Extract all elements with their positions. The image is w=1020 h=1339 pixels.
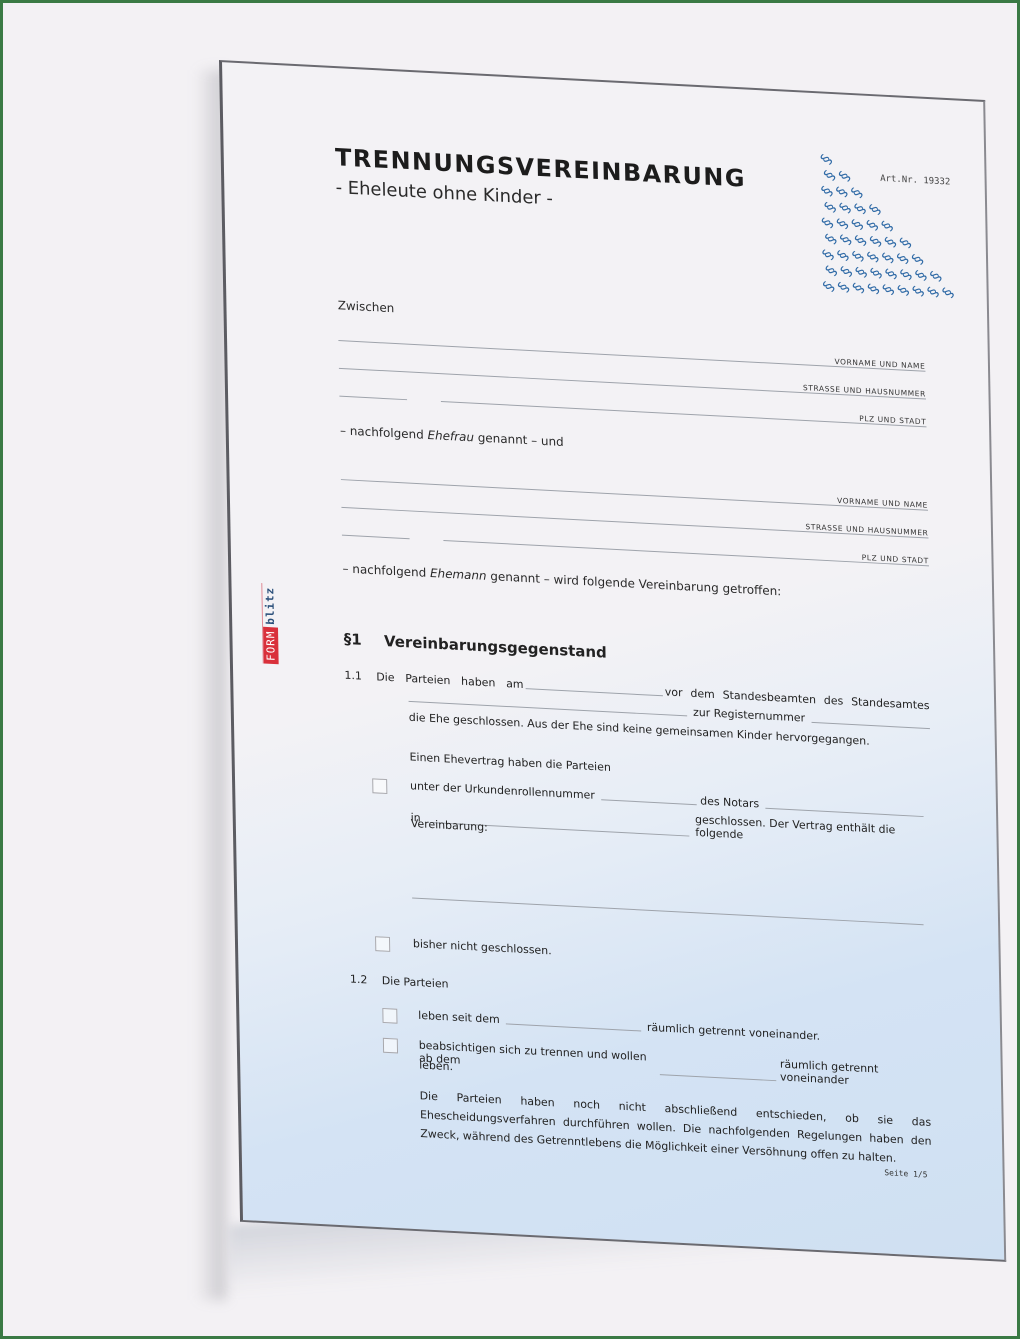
clause-1-1-number: 1.1	[344, 669, 362, 683]
brand-blitz: blitz	[262, 583, 278, 628]
intend-separation-checkbox[interactable]	[383, 1038, 398, 1054]
ehevertrag-none-checkbox[interactable]	[375, 936, 390, 952]
svg-text:§: §	[865, 201, 884, 218]
agreement-label: Vereinbarung:	[411, 817, 488, 834]
clause-word: Parteien	[405, 672, 450, 687]
clause-1-2-intro: Die Parteien	[382, 974, 449, 990]
clause-word: haben	[461, 675, 495, 690]
intend-separation-label: beabsichtigen sich zu trennen und wollen…	[419, 1039, 657, 1077]
section-title: Vereinbarungsgegenstand	[384, 632, 607, 662]
reconciliation-paragraph: Die Parteien haben noch nicht abschließe…	[420, 1086, 932, 1169]
clause-word: am	[506, 677, 524, 691]
intend-separation-suffix: räumlich getrennt voneinander	[780, 1058, 929, 1092]
clause-word: Die	[376, 670, 394, 684]
ehevertrag-none-label: bisher nicht geschlossen.	[413, 937, 552, 957]
intend-separation-line: beabsichtigen sich zu trennen und wollen…	[419, 1039, 929, 1091]
svg-text:§: §	[820, 151, 836, 168]
document-page: TRENNUNGSVEREINBARUNG - Eheleute ohne Ki…	[219, 60, 1006, 1262]
brand-form: FORM	[263, 627, 279, 664]
registry-number-label: zur Registernummer	[693, 706, 805, 725]
closing-prefix: – nachfolgend	[340, 423, 428, 441]
clause-word: Standesamtes	[851, 695, 930, 712]
formblitz-logo: FORM blitz	[261, 583, 278, 664]
contract-content-label: geschlossen. Der Vertrag enthält die fol…	[695, 813, 924, 851]
agreement-content-line[interactable]	[412, 897, 923, 925]
page-number: Seite 1/5	[884, 1168, 927, 1179]
ehevertrag-intro: Einen Ehevertrag haben die Parteien	[409, 751, 611, 774]
svg-text:§: §	[878, 217, 897, 234]
svg-text:§: §	[938, 284, 957, 301]
living-apart-line: leben seit dem räumlich getrennt voneina…	[418, 1009, 820, 1043]
party2-closing: – nachfolgend Ehemann genannt – wird fol…	[342, 561, 781, 598]
party1-closing: – nachfolgend Ehefrau genannt – und	[340, 423, 564, 449]
deed-number-label: unter der Urkundenrollennummer	[410, 779, 595, 802]
section-number: §1	[344, 630, 362, 649]
clause-word: dem	[690, 687, 715, 701]
marriage-date-line[interactable]	[526, 688, 663, 696]
document-subtitle: - Eheleute ohne Kinder -	[335, 177, 553, 209]
registry-number-line[interactable]	[811, 722, 930, 729]
notary-line[interactable]	[765, 808, 923, 817]
svg-text:§: §	[926, 268, 945, 285]
clause-word: des	[824, 694, 844, 708]
paper-shadow-left	[196, 70, 226, 1300]
document-preview: TRENNUNGSVEREINBARUNG - Eheleute ohne Ki…	[0, 0, 1020, 1339]
clause-word: Standesbeamten	[723, 688, 817, 706]
notary-label: des Notars	[700, 794, 759, 810]
closing-prefix: – nachfolgend	[342, 561, 430, 579]
clause-word: vor	[665, 685, 683, 699]
clause-1-2-number: 1.2	[350, 973, 368, 987]
deed-number-line[interactable]	[601, 799, 697, 805]
ehevertrag-concluded-checkbox[interactable]	[372, 778, 387, 794]
intended-date-line[interactable]	[660, 1074, 776, 1081]
svg-text:§: §	[835, 168, 854, 185]
separation-date-line[interactable]	[506, 1023, 641, 1031]
party2-role: Ehemann	[430, 566, 487, 583]
svg-text:§: §	[908, 251, 927, 268]
living-apart-suffix: räumlich getrennt voneinander.	[647, 1021, 820, 1043]
closing-suffix: genannt – wird folgende Vereinbarung get…	[486, 569, 781, 598]
living-apart-label: leben seit dem	[418, 1009, 500, 1026]
closing-suffix: genannt – und	[474, 430, 564, 449]
living-apart-checkbox[interactable]	[382, 1008, 397, 1024]
svg-text:§: §	[896, 234, 915, 251]
clause-words-before: DieParteienhabenam	[376, 670, 523, 691]
intend-separation-end: leben.	[419, 1059, 453, 1074]
parties-intro: Zwischen	[338, 298, 395, 315]
svg-text:§: §	[847, 184, 866, 201]
party1-role: Ehefrau	[427, 428, 474, 444]
section1-heading: §1 Vereinbarungsgegenstand	[344, 630, 607, 662]
